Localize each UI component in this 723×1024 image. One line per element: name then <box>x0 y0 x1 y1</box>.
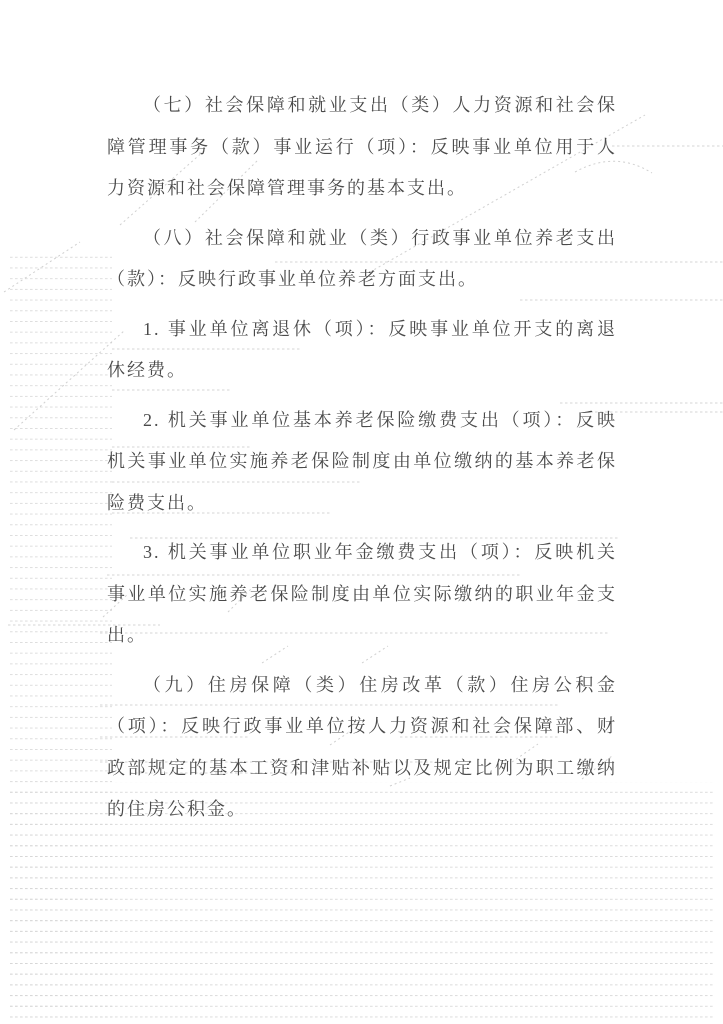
document-text-block: （七）社会保障和就业支出（类）人力资源和社会保障管理事务（款）事业运行（项）：反… <box>107 85 617 839</box>
paragraph-sub-1-retirement: 1. 事业单位离退休（项）：反映事业单位开支的离退休经费。 <box>107 309 617 392</box>
paragraph-item-8-pension-expenditure: （八）社会保障和就业（类）行政事业单位养老支出（款）：反映行政事业单位养老方面支… <box>107 218 617 301</box>
paragraph-item-7-social-security-employment: （七）社会保障和就业支出（类）人力资源和社会保障管理事务（款）事业运行（项）：反… <box>107 85 617 210</box>
document-page: （七）社会保障和就业支出（类）人力资源和社会保障管理事务（款）事业运行（项）：反… <box>0 0 723 1024</box>
paragraph-item-9-housing-fund: （九）住房保障（类）住房改革（款）住房公积金（项）：反映行政事业单位按人力资源和… <box>107 665 617 831</box>
paragraph-sub-3-occupational-annuity: 3. 机关事业单位职业年金缴费支出（项）：反映机关事业单位实施养老保险制度由单位… <box>107 532 617 657</box>
paragraph-sub-2-basic-pension-insurance: 2. 机关事业单位基本养老保险缴费支出（项）：反映机关事业单位实施养老保险制度由… <box>107 400 617 525</box>
